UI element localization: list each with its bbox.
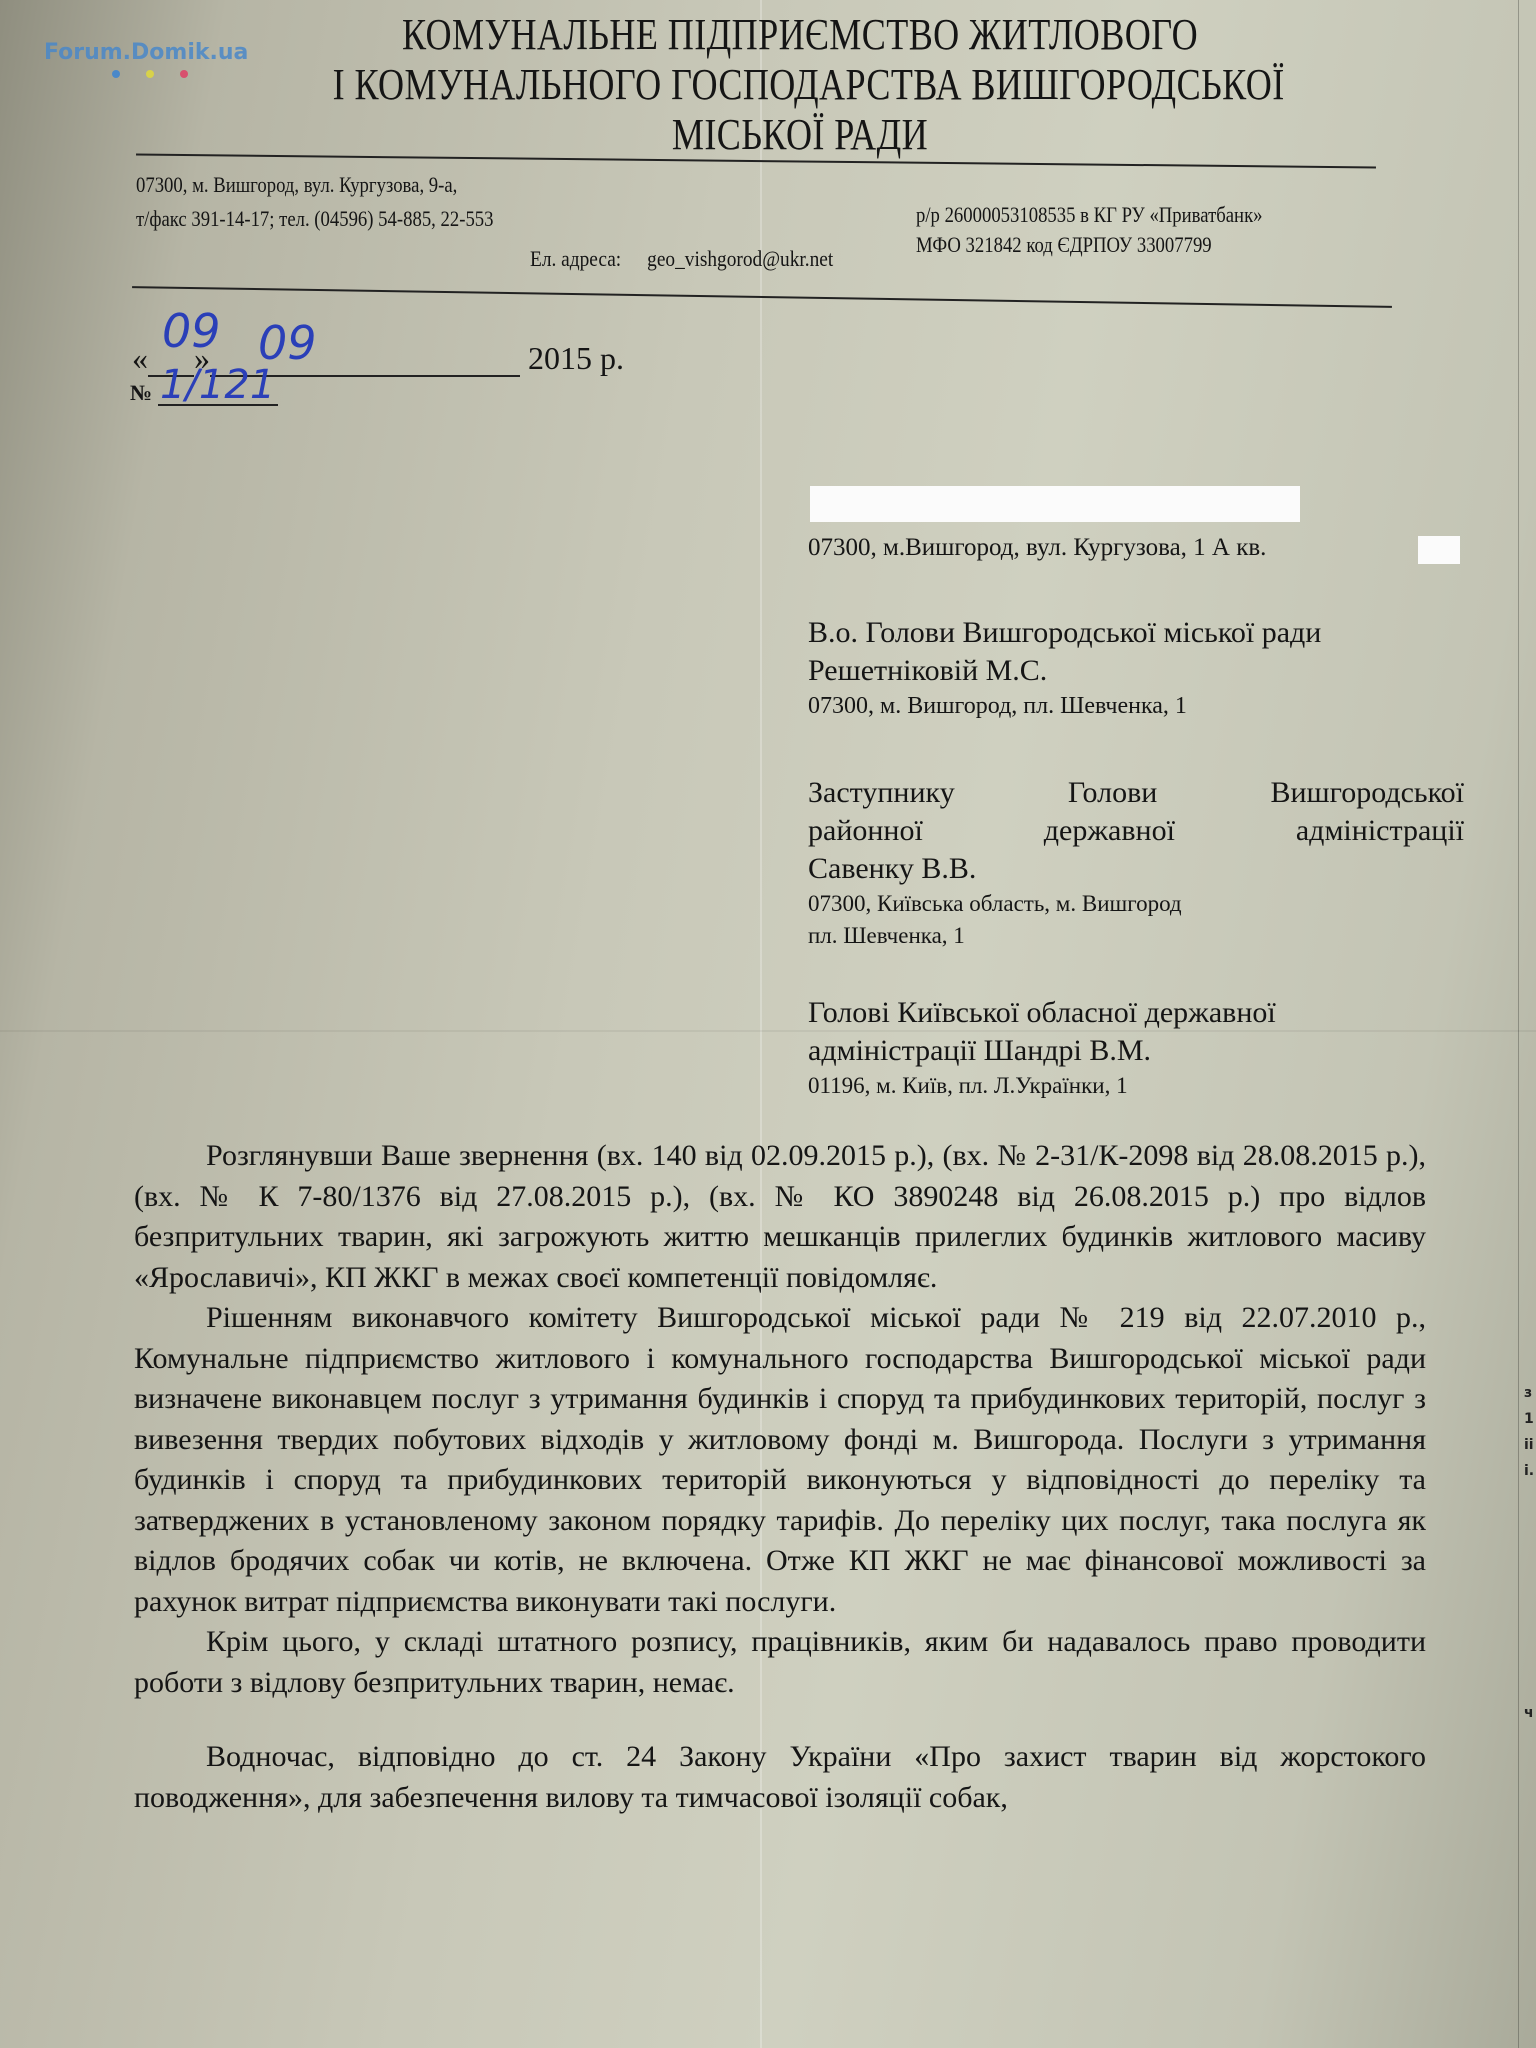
watermark-dots (112, 70, 188, 78)
paragraph-2: Рішенням виконавчого комітету Вишгородсь… (134, 1298, 1426, 1622)
margin-marks: з 1 ii і. (1524, 1380, 1534, 1484)
letter-body: Розглянувши Ваше звернення (вх. 140 від … (134, 1136, 1426, 1818)
handwritten-day: 09 (162, 304, 221, 358)
recipient-4-title: Голові Київської обласної державної (808, 994, 1276, 1032)
recipient-3-address-line-2: пл. Шевченка, 1 (808, 920, 1182, 952)
paragraph-3: Крім цього, у складі штатного розпису, п… (134, 1622, 1426, 1703)
recipient-3-title-line-2: районної державної адміністрації (808, 812, 1464, 850)
sender-street: 07300, м. Вишгород, вул. Кургузова, 9-а, (136, 168, 493, 202)
redacted-recipient-name (810, 486, 1300, 522)
margin-mark-bottom: ч (1524, 1700, 1534, 1726)
org-title-line-1: КОМУНАЛЬНЕ ПІДПРИЄМСТВО ЖИТЛОВОГО (333, 10, 1268, 60)
paper-edge (1518, 0, 1519, 2048)
paragraph-4: Водночас, відповідно до ст. 24 Закону Ук… (134, 1737, 1426, 1818)
recipient-3: Заступнику Голови Вишгородської районної… (808, 774, 1464, 850)
letterhead-divider-bottom (132, 286, 1392, 308)
email-address: geo_vishgorod@ukr.net (647, 246, 833, 271)
paragraph-1: Розглянувши Ваше звернення (вх. 140 від … (134, 1136, 1426, 1298)
watermark-dot-blue (112, 70, 120, 78)
recipient-2: В.о. Голови Вишгородської міської ради Р… (808, 614, 1321, 722)
watermark-logo: Forum.Domik.ua (44, 40, 248, 65)
number-label: № (130, 380, 152, 405)
recipient-2-name: Решетніковій М.С. (808, 652, 1321, 690)
recipient-3-details: Савенку В.В. 07300, Київська область, м.… (808, 850, 1182, 952)
recipient-1-address: 07300, м.Вишгород, вул. Кургузова, 1 А к… (808, 532, 1266, 564)
sender-email-line: Ел. адреса: geo_vishgorod@ukr.net (530, 246, 833, 272)
watermark-dot-pink (180, 70, 188, 78)
watermark-dot-yellow (146, 70, 154, 78)
bank-codes: МФО 321842 код ЄДРПОУ 33007799 (916, 230, 1263, 260)
organization-title: КОМУНАЛЬНЕ ПІДПРИЄМСТВО ЖИТЛОВОГО І КОМУ… (333, 10, 1268, 160)
recipient-2-title: В.о. Голови Вишгородської міської ради (808, 614, 1321, 652)
email-label: Ел. адреса: (530, 246, 621, 271)
date-year: 2015 р. (528, 340, 624, 376)
sender-phones: т/факс 391-14-17; тел. (04596) 54-885, 2… (136, 202, 493, 236)
bank-account: р/р 26000053108535 в КГ РУ «Приватбанк» (916, 200, 1263, 230)
handwritten-number: 1/121 (160, 362, 275, 408)
recipient-4-address: 01196, м. Київ, пл. Л.Українки, 1 (808, 1070, 1276, 1102)
recipient-3-title-line-1: Заступнику Голови Вишгородської (808, 774, 1464, 812)
recipient-3-name: Савенку В.В. (808, 850, 1182, 888)
org-title-line-3: МІСЬКОЇ РАДИ (333, 110, 1268, 160)
bank-details: р/р 26000053108535 в КГ РУ «Приватбанк» … (916, 200, 1263, 260)
recipient-4-name: адміністрації Шандрі В.М. (808, 1032, 1276, 1070)
recipient-4: Голові Київської обласної державної адмі… (808, 994, 1276, 1102)
sender-address: 07300, м. Вишгород, вул. Кургузова, 9-а,… (136, 168, 493, 236)
recipient-3-address-line-1: 07300, Київська область, м. Вишгород (808, 888, 1182, 920)
org-title-line-2: І КОМУНАЛЬНОГО ГОСПОДАРСТВА ВИШГОРОДСЬКО… (333, 60, 1268, 110)
redacted-apartment-number (1418, 536, 1460, 564)
date-open-quote: « (132, 340, 148, 376)
paper-fold-horizontal (0, 1030, 1536, 1032)
recipient-2-address: 07300, м. Вишгород, пл. Шевченка, 1 (808, 690, 1321, 722)
